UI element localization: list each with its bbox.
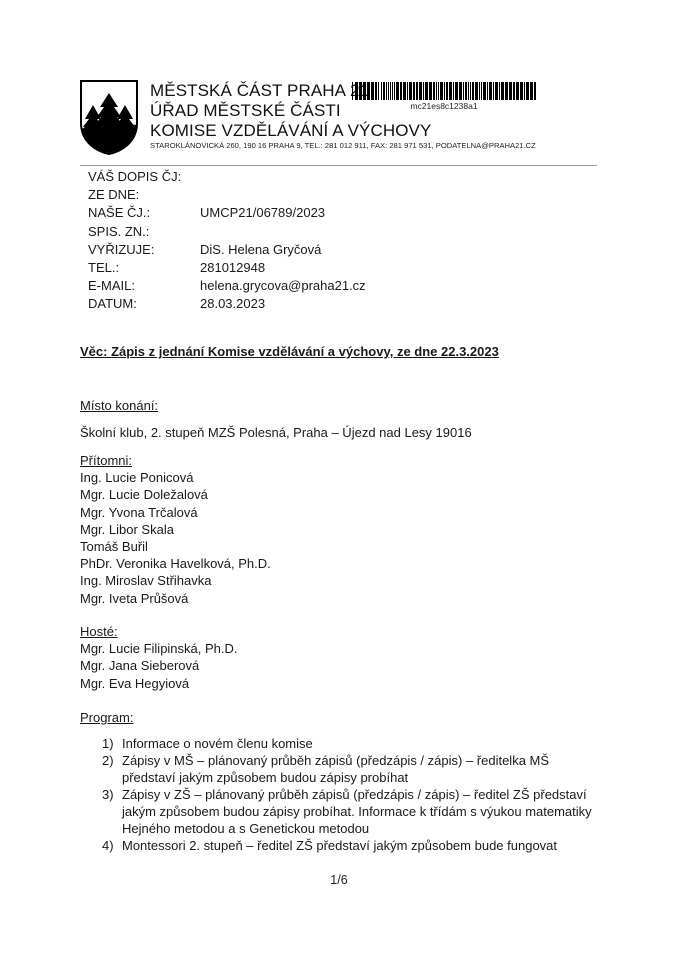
page-number: 1/6	[0, 873, 678, 887]
attendees-section: Přítomni: Ing. Lucie PonicováMgr. Lucie …	[80, 452, 271, 607]
place-value: Školní klub, 2. stupeň MZŠ Polesná, Prah…	[80, 424, 472, 441]
program-item: 1)Informace o novém členu komise	[102, 735, 602, 752]
header-office-name: ÚŘAD MĚSTSKÉ ČÁSTI	[150, 101, 341, 121]
place-label: Místo konání:	[80, 397, 158, 414]
reference-info: VÁŠ DOPIS ČJ:ZE DNE:NAŠE ČJ.:UMCP21/0678…	[88, 168, 366, 314]
reference-row: VÁŠ DOPIS ČJ:	[88, 168, 366, 186]
attendee-name: Ing. Miroslav Střihavka	[80, 572, 271, 589]
program-item-number: 1)	[102, 735, 122, 752]
header-municipality-name: MĚSTSKÁ ČÁST PRAHA 21	[150, 81, 369, 101]
guest-name: Mgr. Jana Sieberová	[80, 657, 238, 674]
reference-value: UMCP21/06789/2023	[200, 204, 325, 222]
program-label: Program:	[80, 709, 133, 726]
subject-heading: Věc: Zápis z jednání Komise vzdělávání a…	[80, 343, 499, 360]
municipal-coat-of-arms-icon	[79, 79, 139, 155]
reference-label: NAŠE ČJ.:	[88, 204, 200, 222]
reference-label: DATUM:	[88, 295, 200, 313]
reference-row: NAŠE ČJ.:UMCP21/06789/2023	[88, 204, 366, 222]
reference-label: ZE DNE:	[88, 186, 200, 204]
attendee-name: Mgr. Libor Skala	[80, 521, 271, 538]
attendee-name: Mgr. Yvona Trčalová	[80, 504, 271, 521]
barcode-icon	[352, 82, 536, 100]
program-item-text: Montessori 2. stupeň – ředitel ZŠ předst…	[122, 837, 592, 854]
program-item: 4)Montessori 2. stupeň – ředitel ZŠ před…	[102, 837, 602, 854]
reference-row: TEL.:281012948	[88, 259, 366, 277]
program-list: 1)Informace o novém členu komise2)Zápisy…	[102, 735, 602, 854]
reference-value: 281012948	[200, 259, 265, 277]
reference-label: VYŘIZUJE:	[88, 241, 200, 259]
program-item: 2)Zápisy v MŠ – plánovaný průběh zápisů …	[102, 752, 602, 786]
attendee-name: Tomáš Buřil	[80, 538, 271, 555]
attendee-name: Mgr. Lucie Doležalová	[80, 486, 271, 503]
attendee-name: Ing. Lucie Ponicová	[80, 469, 271, 486]
program-item-number: 2)	[102, 752, 122, 786]
reference-value: DiS. Helena Gryčová	[200, 241, 321, 259]
reference-row: DATUM:28.03.2023	[88, 295, 366, 313]
reference-row: SPIS. ZN.:	[88, 223, 366, 241]
attendee-name: PhDr. Veronika Havelková, Ph.D.	[80, 555, 271, 572]
reference-label: E-MAIL:	[88, 277, 200, 295]
reference-label: TEL.:	[88, 259, 200, 277]
reference-label: SPIS. ZN.:	[88, 223, 200, 241]
barcode-text: mc21es8c1238a1	[352, 101, 536, 111]
guest-name: Mgr. Eva Hegyiová	[80, 675, 238, 692]
program-item-text: Informace o novém členu komise	[122, 735, 592, 752]
reference-value: 28.03.2023	[200, 295, 265, 313]
header-address: STAROKLÁNOVICKÁ 260, 190 16 PRAHA 9, TEL…	[150, 141, 536, 151]
program-item-number: 3)	[102, 786, 122, 837]
program-item: 3)Zápisy v ZŠ – plánovaný průběh zápisů …	[102, 786, 602, 837]
program-item-text: Zápisy v MŠ – plánovaný průběh zápisů (p…	[122, 752, 592, 786]
program-item-text: Zápisy v ZŠ – plánovaný průběh zápisů (p…	[122, 786, 592, 837]
reference-label: VÁŠ DOPIS ČJ:	[88, 168, 200, 186]
guest-name: Mgr. Lucie Filipinská, Ph.D.	[80, 640, 238, 657]
program-item-number: 4)	[102, 837, 122, 854]
guests-label: Hosté:	[80, 623, 238, 640]
header-separator	[80, 165, 597, 166]
attendee-name: Mgr. Iveta Průšová	[80, 590, 271, 607]
reference-row: ZE DNE:	[88, 186, 366, 204]
header-committee-name: KOMISE VZDĚLÁVÁNÍ A VÝCHOVY	[150, 121, 431, 141]
guests-section: Hosté: Mgr. Lucie Filipinská, Ph.D.Mgr. …	[80, 623, 238, 692]
attendees-label: Přítomni:	[80, 452, 271, 469]
reference-row: E-MAIL:helena.grycova@praha21.cz	[88, 277, 366, 295]
reference-row: VYŘIZUJE:DiS. Helena Gryčová	[88, 241, 366, 259]
reference-value: helena.grycova@praha21.cz	[200, 277, 366, 295]
